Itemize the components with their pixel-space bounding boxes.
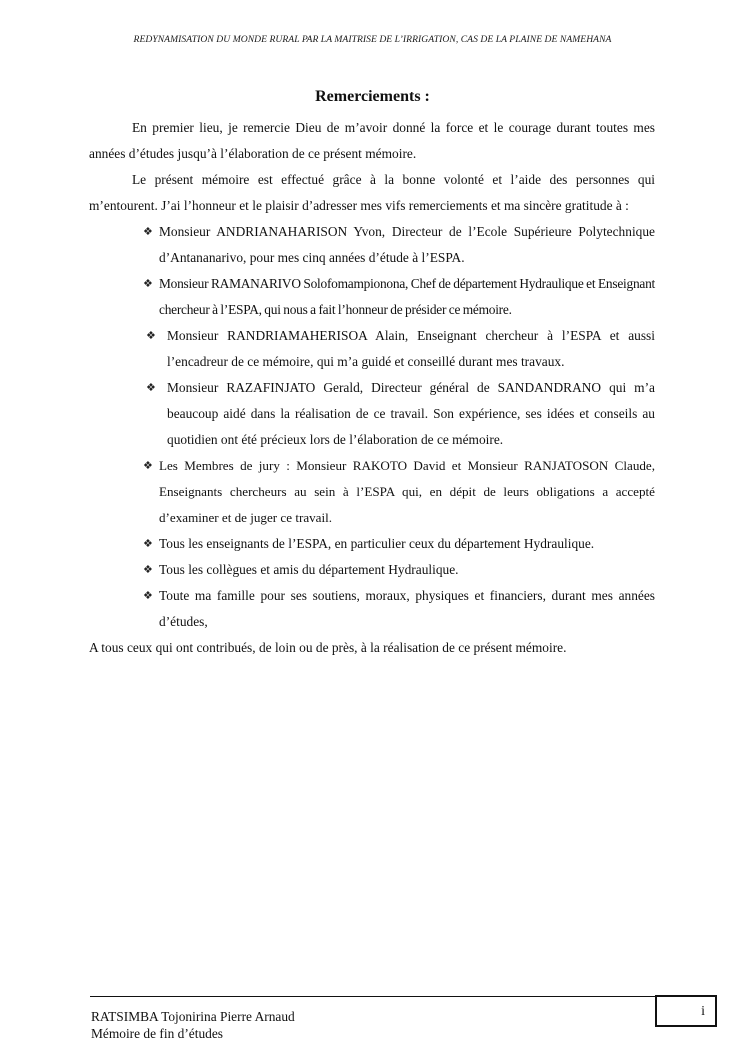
section-title: Remerciements : [0, 88, 745, 106]
list-item-text: Les Membres de jury : Monsieur RAKOTO Da… [159, 458, 655, 525]
page-number: i [701, 1004, 705, 1020]
list-item: ❖ Monsieur ANDRIANAHARISON Yvon, Directe… [89, 219, 655, 271]
list-item: ❖ Tous les enseignants de l’ESPA, en par… [89, 531, 655, 557]
paragraph-gratitude: Le présent mémoire est effectué grâce à … [89, 167, 655, 219]
list-item: ❖ Les Membres de jury : Monsieur RAKOTO … [89, 453, 655, 531]
list-item: ❖ Monsieur RANDRIAMAHERISOA Alain, Ensei… [89, 323, 655, 375]
closing-paragraph: A tous ceux qui ont contribués, de loin … [89, 635, 655, 661]
list-item-text: Monsieur RANDRIAMAHERISOA Alain, Enseign… [167, 328, 655, 369]
acknowledgement-list: ❖ Monsieur ANDRIANAHARISON Yvon, Directe… [89, 219, 655, 635]
list-item: ❖ Tous les collègues et amis du départem… [89, 557, 655, 583]
list-item: ❖ Toute ma famille pour ses soutiens, mo… [89, 583, 655, 635]
diamond-bullet-icon: ❖ [143, 557, 153, 583]
diamond-bullet-icon: ❖ [143, 531, 153, 557]
list-item-text: Monsieur RAMANARIVO Solofomampionona, Ch… [159, 276, 655, 317]
list-item-text: Tous les enseignants de l’ESPA, en parti… [159, 536, 594, 551]
list-item-text: Monsieur RAZAFINJATO Gerald, Directeur g… [167, 380, 655, 447]
page-number-box: i [655, 995, 717, 1027]
list-item-text: Monsieur ANDRIANAHARISON Yvon, Directeur… [159, 224, 655, 265]
document-page: REDYNAMISATION DU MONDE RURAL PAR LA MAI… [0, 0, 745, 1053]
list-item-text: Tous les collègues et amis du départemen… [159, 562, 459, 577]
diamond-bullet-icon: ❖ [146, 323, 156, 349]
list-item: ❖ Monsieur RAZAFINJATO Gerald, Directeur… [89, 375, 655, 453]
paragraph-intro: En premier lieu, je remercie Dieu de m’a… [89, 115, 655, 167]
diamond-bullet-icon: ❖ [143, 219, 153, 245]
footer-document-type: Mémoire de fin d’études [91, 1025, 223, 1042]
list-item: ❖ Monsieur RAMANARIVO Solofomampionona, … [89, 271, 655, 323]
diamond-bullet-icon: ❖ [143, 271, 153, 297]
diamond-bullet-icon: ❖ [143, 583, 153, 609]
running-header: REDYNAMISATION DU MONDE RURAL PAR LA MAI… [0, 34, 745, 45]
footer-author: RATSIMBA Tojonirina Pierre Arnaud [91, 1008, 295, 1025]
list-item-text: Toute ma famille pour ses soutiens, mora… [159, 588, 655, 629]
diamond-bullet-icon: ❖ [143, 453, 153, 479]
footer-divider [90, 996, 656, 997]
body-text: En premier lieu, je remercie Dieu de m’a… [89, 115, 655, 661]
diamond-bullet-icon: ❖ [146, 375, 156, 401]
